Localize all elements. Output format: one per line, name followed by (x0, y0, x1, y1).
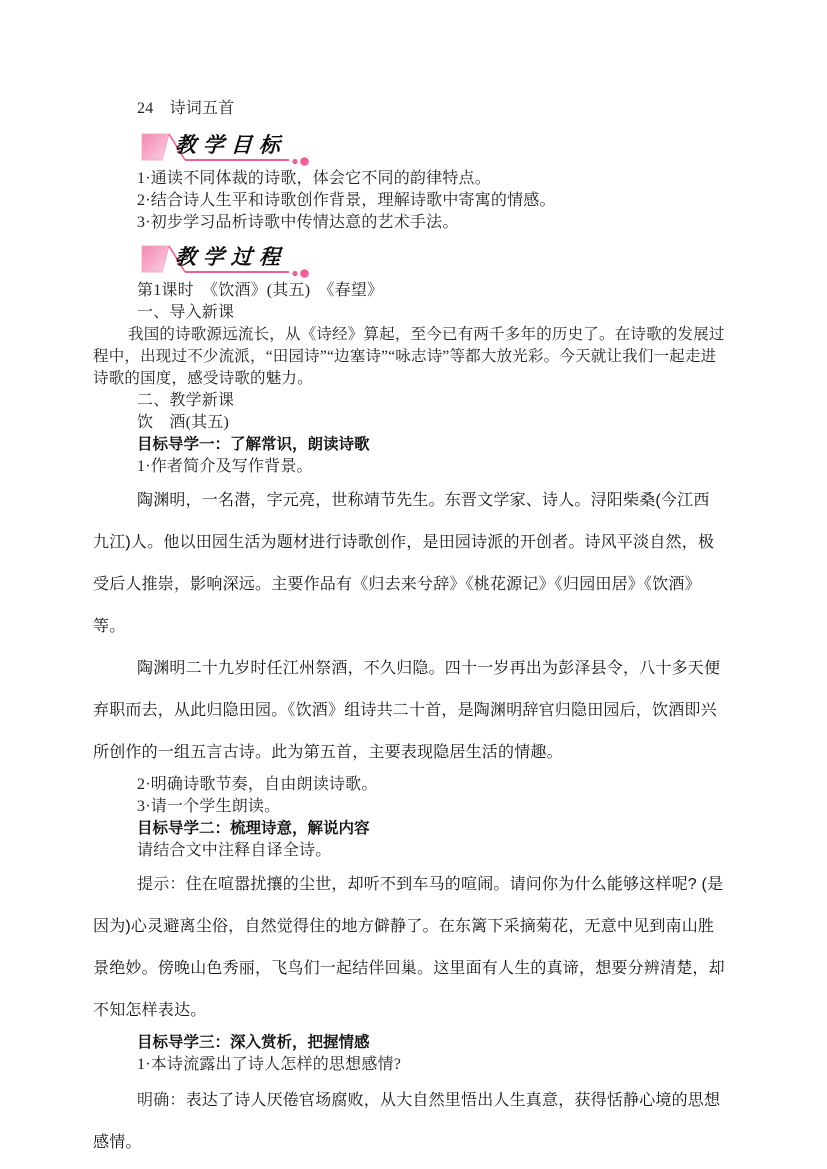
objectives-banner-title: 教学目标 (174, 129, 288, 159)
goal2-heading: 目标导学二：梳理诗意，解说内容 (93, 818, 725, 840)
goal3-heading: 目标导学三：深入赏析，把握情感 (93, 1032, 725, 1054)
lesson-title: 24 诗词五首 (93, 98, 725, 120)
hint-label: 提示： (137, 876, 186, 893)
author-intro: 陶渊明，一名潜，字元亮，世称靖节先生。东晋文学家、诗人。浔阳柴桑(今江西九江)人… (93, 480, 725, 648)
section1-intro: 我国的诗歌源远流长，从《诗经》算起，至今已有两千多年的历史了。在诗歌的发展过程中… (93, 324, 725, 390)
goal3-question: 1·本诗流露出了诗人怎样的思想感情? (93, 1054, 725, 1076)
objective-item-2: 2·结合诗人生平和诗歌创作背景，理解诗歌中寄寓的情感。 (93, 190, 725, 212)
writing-background: 陶渊明二十九岁时任江州祭酒，不久归隐。四十一岁再出为彭泽县令，八十多天便弃职而去… (93, 648, 725, 774)
section2-heading: 二、教学新课 (93, 390, 725, 412)
process-banner: 教学过程 (141, 242, 725, 278)
goal1-heading: 目标导学一：了解常识，朗读诗歌 (93, 434, 725, 456)
hint-paragraph: 提示：住在喧嚣扰攘的尘世，却听不到车马的喧闹。请问你为什么能够这样呢? (是因为… (93, 864, 725, 1032)
objective-item-1: 1·通读不同体裁的诗歌，体会它不同的韵律特点。 (93, 168, 725, 190)
page-content: 24 诗词五首 教学目标 1·通读不同体裁的诗歌，体会它不同的韵律特点。 2·结… (93, 98, 725, 1164)
goal2-task: 请结合文中注释自译全诗。 (93, 840, 725, 862)
answer-paragraph: 明确：表达了诗人厌倦官场腐败，从大自然里悟出人生真意，获得恬静心境的思想感情。 (93, 1080, 725, 1164)
goal1-step3: 3·请一个学生朗读。 (93, 796, 725, 818)
goal1-step2: 2·明确诗歌节奏，自由朗读诗歌。 (93, 774, 725, 796)
objectives-banner: 教学目标 (141, 130, 725, 166)
hint-text: 住在喧嚣扰攘的尘世，却听不到车马的喧闹。请问你为什么能够这样呢? (是因为)心灵… (93, 876, 725, 1019)
objective-item-3: 3·初步学习品析诗歌中传情达意的艺术手法。 (93, 212, 725, 234)
lesson-plan-page: 24 诗词五首 教学目标 1·通读不同体裁的诗歌，体会它不同的韵律特点。 2·结… (0, 0, 827, 1169)
answer-text: 表达了诗人厌倦官场腐败，从大自然里悟出人生真意，获得恬静心境的思想感情。 (93, 1092, 720, 1151)
process-banner-title: 教学过程 (174, 241, 288, 271)
poem-title: 饮 酒(其五) (93, 412, 725, 434)
lesson1-heading: 第1课时 《饮酒》(其五) 《春望》 (93, 280, 725, 302)
goal1-step1: 1·作者简介及写作背景。 (93, 456, 725, 478)
answer-label: 明确： (137, 1092, 186, 1109)
section1-heading: 一、导入新课 (93, 302, 725, 324)
